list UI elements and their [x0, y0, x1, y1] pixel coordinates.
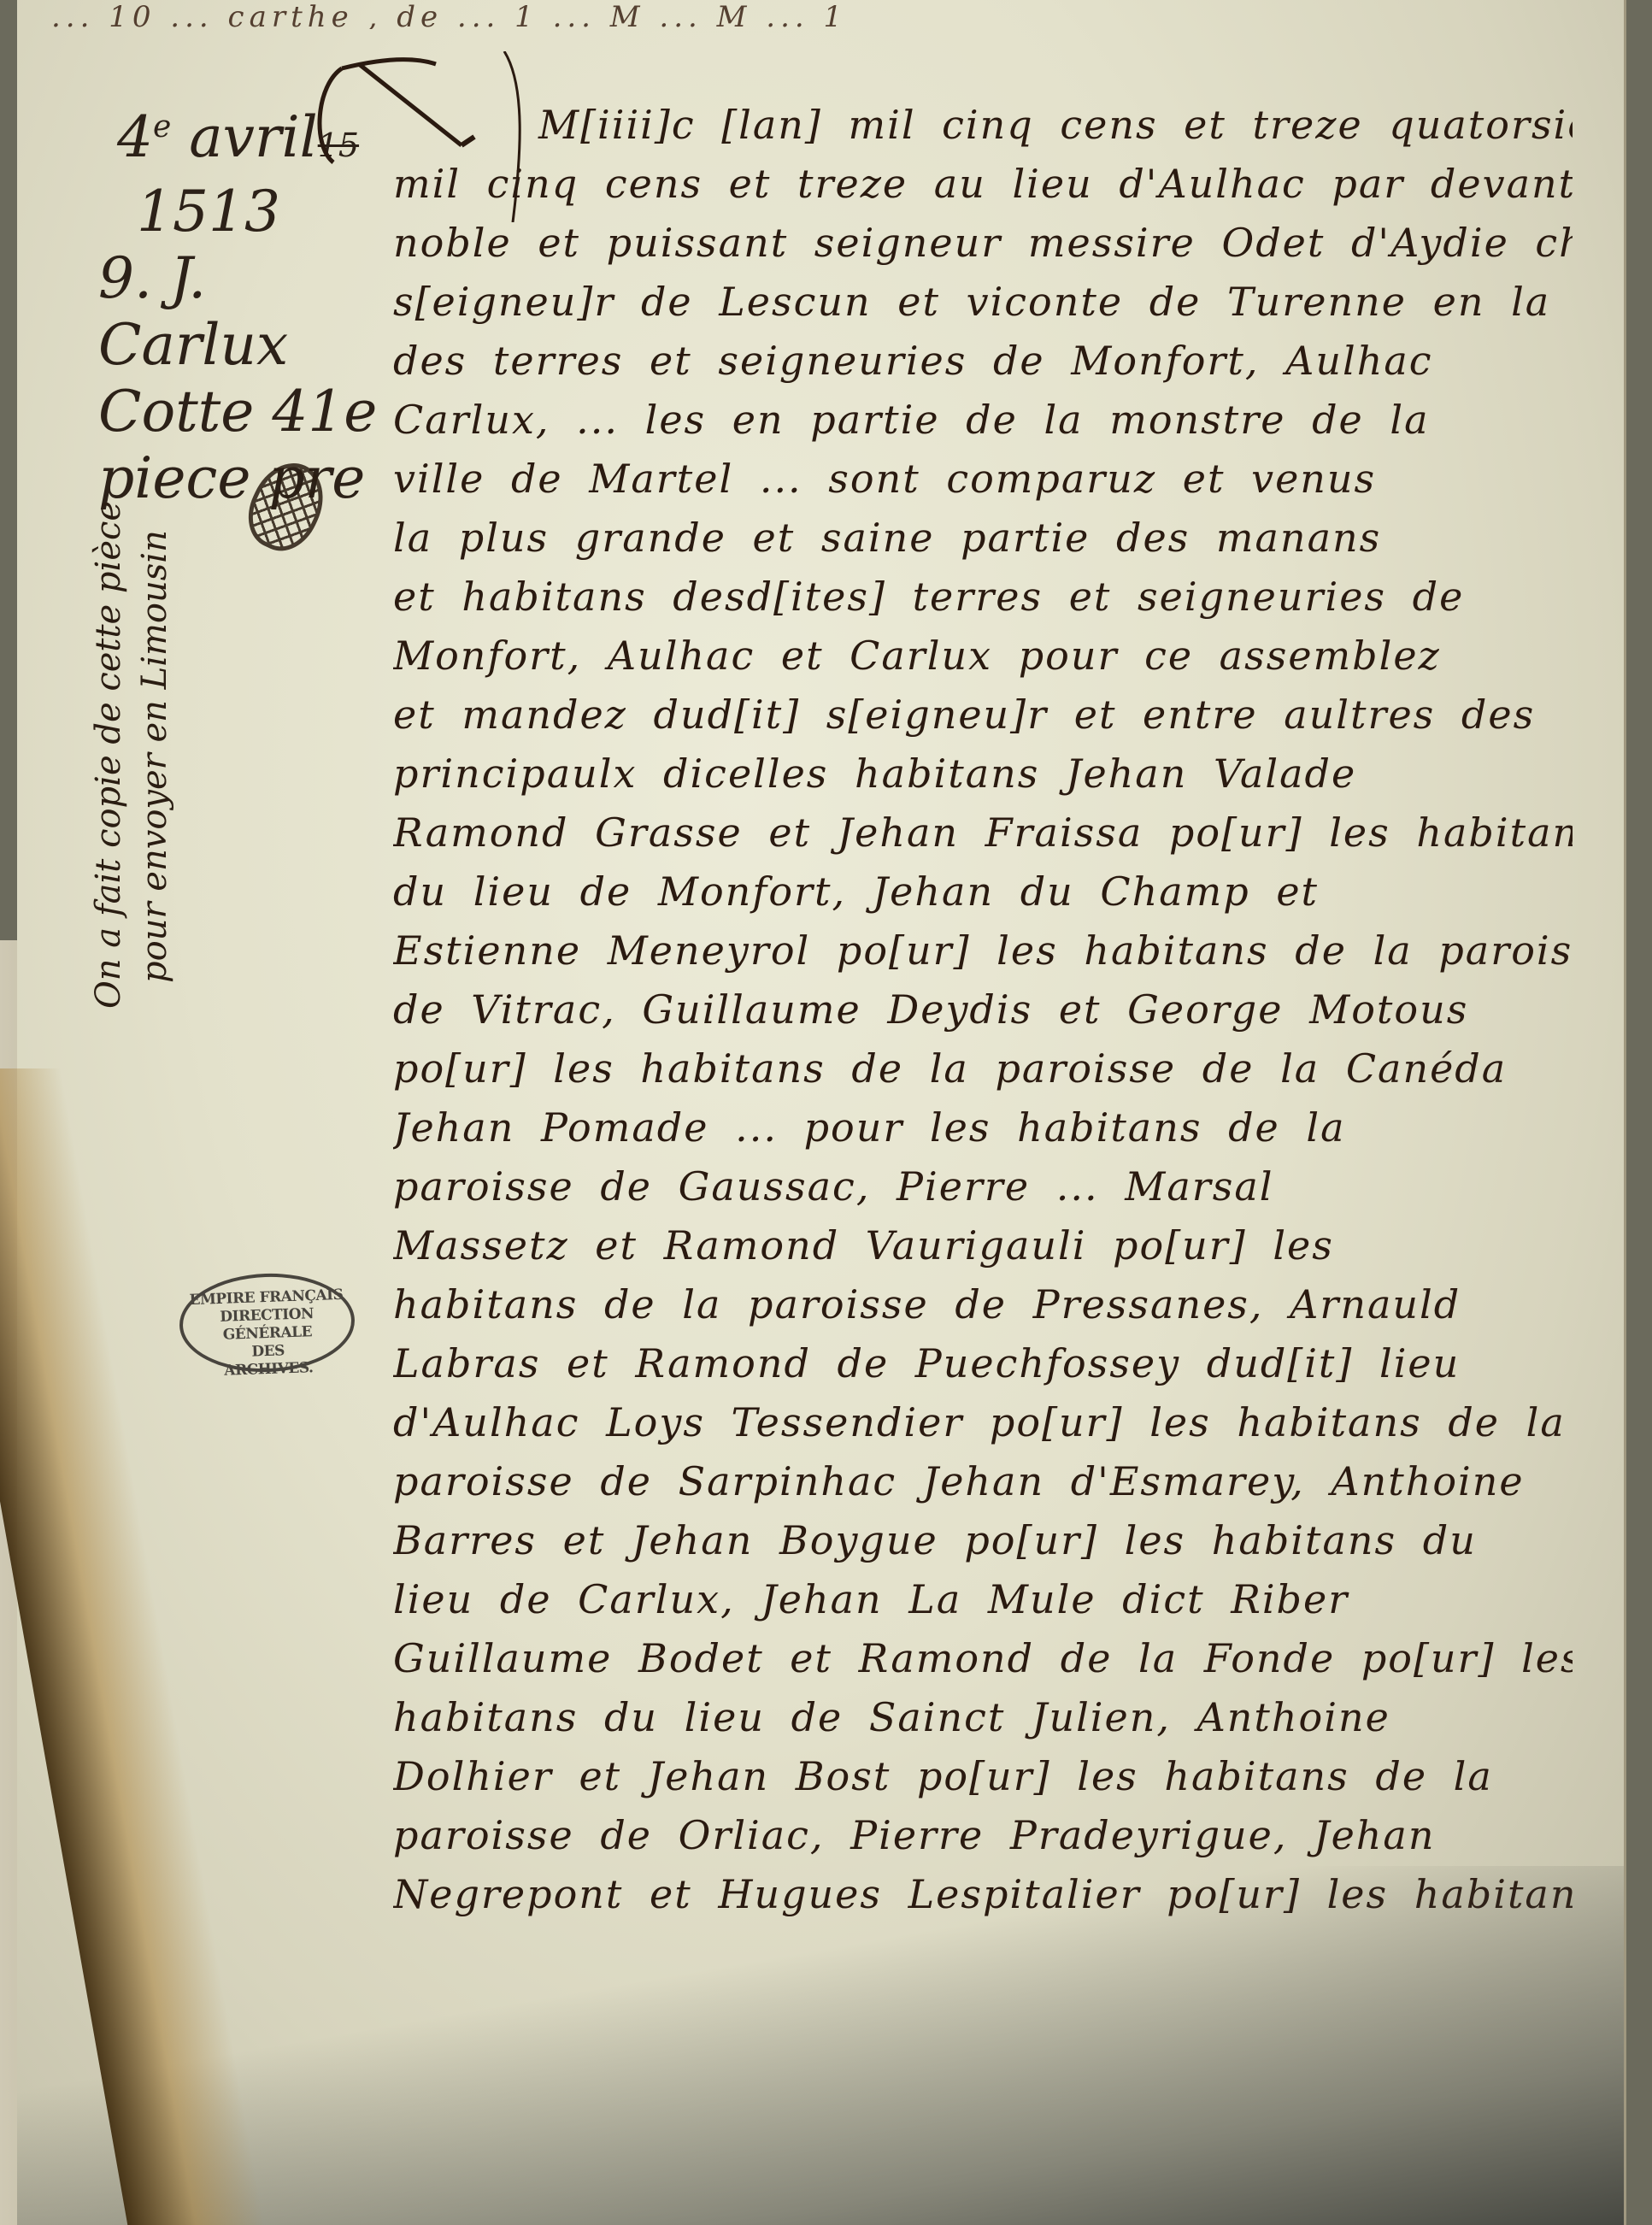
text-line: Monfort, Aulhac et Carlux pour ce assemb… — [393, 627, 1573, 686]
text-line: Jehan Pomade ... pour les habitans de la — [393, 1098, 1573, 1157]
manuscript-body: M[iiii]c [lan] mil cinq cens et treze qu… — [393, 96, 1573, 1924]
text-line: Estienne Meneyrol po[ur] les habitans de… — [393, 921, 1573, 980]
text-line: noble et puissant seigneur messire Odet … — [393, 214, 1573, 273]
vertical-margin-note: On a fait copie de cette pièce pour envo… — [85, 501, 178, 1009]
margin-date-month: avril — [189, 104, 317, 170]
text-line: lieu de Carlux, Jehan La Mule dict Riber — [393, 1570, 1573, 1629]
stamp-line-2: DIRECTION GÉNÉRALE — [182, 1304, 351, 1346]
text-line: des terres et seigneuries de Monfort, Au… — [393, 332, 1573, 391]
text-line: et mandez dud[it] s[eigneu]r et entre au… — [393, 686, 1573, 745]
text-line: paroisse de Gaussac, Pierre ... Marsal — [393, 1157, 1573, 1216]
text-line: habitans de la paroisse de Pressanes, Ar… — [393, 1275, 1573, 1334]
text-line: la plus grande et saine partie des manan… — [393, 509, 1573, 568]
margin-note-reference: 9. J. — [98, 245, 355, 312]
text-line: po[ur] les habitans de la paroisse de la… — [393, 1039, 1573, 1098]
text-line: du lieu de Monfort, Jehan du Champ et — [393, 862, 1573, 921]
text-line: de Vitrac, Guillaume Deydis et George Mo… — [393, 980, 1573, 1039]
text-line: principaulx dicelles habitans Jehan Vala… — [393, 745, 1573, 803]
text-line: mil cinq cens et treze au lieu d'Aulhac … — [393, 155, 1573, 214]
text-line: et habitans desd[ites] terres et seigneu… — [393, 568, 1573, 627]
archives-stamp: EMPIRE FRANÇAIS DIRECTION GÉNÉRALE DES A… — [178, 1270, 356, 1374]
manuscript-page: ... 10 ... carthe , de ... 1 ... M ... M… — [17, 0, 1626, 2225]
text-line: Guillaume Bodet et Ramond de la Fonde po… — [393, 1629, 1573, 1688]
margin-note-cote: Cotte 41e — [98, 379, 355, 445]
torn-top-fragment: ... 10 ... carthe , de ... 1 ... M ... M… — [17, 0, 1652, 29]
text-line: Dolhier et Jehan Bost po[ur] les habitan… — [393, 1747, 1573, 1806]
text-line: Barres et Jehan Boygue po[ur] les habita… — [393, 1511, 1573, 1570]
margin-note-place: Carlux — [98, 312, 355, 379]
text-line: s[eigneu]r de Lescun et viconte de Turen… — [393, 273, 1573, 332]
text-line: d'Aulhac Loys Tessendier po[ur] les habi… — [393, 1393, 1573, 1452]
text-line: ville de Martel ... sont comparuz et ven… — [393, 450, 1573, 509]
margin-date-day: 4 — [117, 104, 153, 170]
text-line: M[iiii]c [lan] mil cinq cens et treze qu… — [393, 96, 1573, 155]
vertical-note-line-2: pour envoyer en Limousin — [132, 501, 178, 983]
vertical-note-line-1: On a fait copie de cette pièce — [85, 501, 132, 1009]
text-line: Ramond Grasse et Jehan Fraissa po[ur] le… — [393, 803, 1573, 862]
text-line: Massetz et Ramond Vaurigauli po[ur] les — [393, 1216, 1573, 1275]
text-line: Carlux, ... les en partie de la monstre … — [393, 391, 1573, 450]
text-line: paroisse de Sarpinhac Jehan d'Esmarey, A… — [393, 1452, 1573, 1511]
text-line: paroisse de Orliac, Pierre Pradeyrigue, … — [393, 1806, 1573, 1865]
text-line: habitans du lieu de Sainct Julien, Antho… — [393, 1688, 1573, 1747]
text-line: Labras et Ramond de Puechfossey dud[it] … — [393, 1334, 1573, 1393]
text-line: Negrepont et Hugues Lespitalier po[ur] l… — [393, 1865, 1573, 1924]
